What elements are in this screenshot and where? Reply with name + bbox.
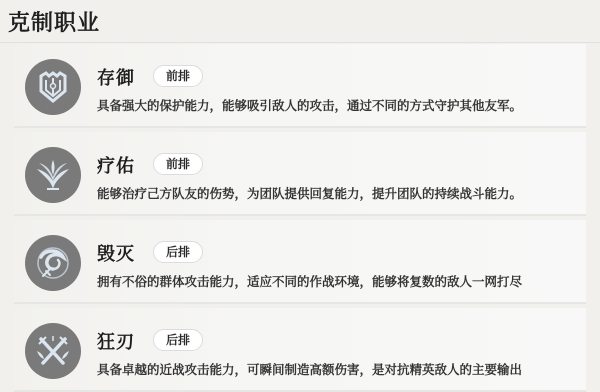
profession-list: 存御 前排 具备强大的保护能力，能够吸引敌人的攻击，通过不同的方式守护其他友军。… <box>14 44 586 392</box>
divider <box>0 42 600 43</box>
profession-name: 狂刃 <box>97 328 135 354</box>
crossed-swords-icon <box>25 323 81 379</box>
position-badge: 后排 <box>153 241 203 263</box>
profession-description: 具备强大的保护能力，能够吸引敌人的攻击，通过不同的方式守护其他友军。 <box>97 96 522 114</box>
profession-card-liaoyou[interactable]: 疗佑 前排 能够治疗己方队友的伤势，为团队提供回复能力，提升团队的持续战斗能力。 <box>14 132 586 216</box>
page-title: 克制职业 <box>8 6 100 37</box>
profession-name: 疗佑 <box>97 152 135 178</box>
profession-name: 存御 <box>97 64 135 90</box>
position-badge: 前排 <box>153 65 203 87</box>
profession-description: 拥有不俗的群体攻击能力，适应不同的作战环境，能够将复数的敌人一网打尽 <box>97 272 522 290</box>
profession-card-cunyu[interactable]: 存御 前排 具备强大的保护能力，能够吸引敌人的攻击，通过不同的方式守护其他友军。 <box>14 44 586 128</box>
profession-name: 毁灭 <box>97 240 135 266</box>
position-badge: 后排 <box>153 329 203 351</box>
profession-description: 具备卓越的近战攻击能力，可瞬间制造高额伤害，是对抗精英敌人的主要输出 <box>97 360 522 378</box>
leaf-emblem-icon <box>25 147 81 203</box>
profession-card-huimie[interactable]: 毁灭 后排 拥有不俗的群体攻击能力，适应不同的作战环境，能够将复数的敌人一网打尽 <box>14 220 586 304</box>
profession-description: 能够治疗己方队友的伤势，为团队提供回复能力，提升团队的持续战斗能力。 <box>97 184 522 202</box>
shield-crest-icon <box>25 59 81 115</box>
position-badge: 前排 <box>153 153 203 175</box>
profession-card-kuangren[interactable]: 狂刃 后排 具备卓越的近战攻击能力，可瞬间制造高额伤害，是对抗精英敌人的主要输出 <box>14 308 586 392</box>
vortex-icon <box>25 235 81 291</box>
counter-professions-panel: 克制职业 存御 前排 具备强大的保护能力，能够吸引敌人的攻击，通过不同的方式守护… <box>0 0 600 392</box>
